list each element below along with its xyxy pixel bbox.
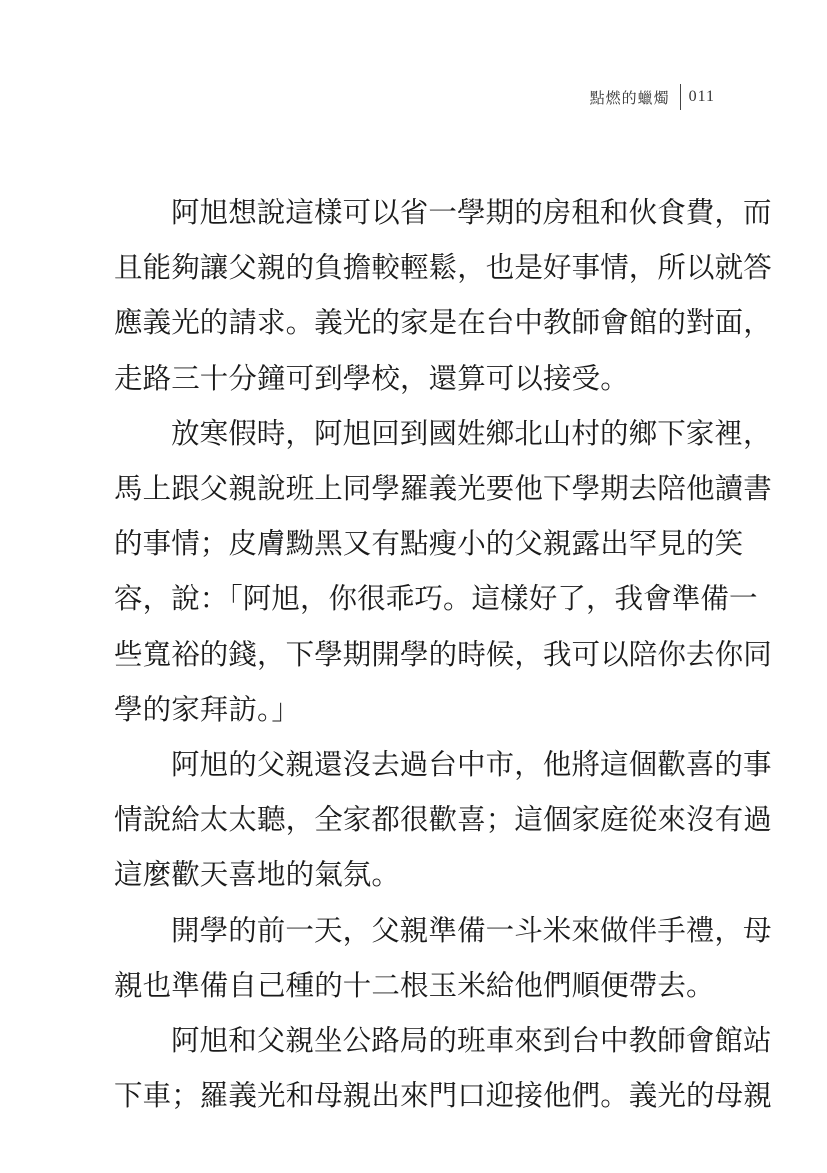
text-line: 開學的前一天，父親準備一斗米來做伴手禮，母 bbox=[114, 903, 718, 958]
text-line: 阿旭想說這樣可以省一學期的房租和伙食費，而 bbox=[114, 185, 718, 240]
text-line: 走路三十分鐘可到學校，還算可以接受。 bbox=[114, 351, 718, 406]
paragraph: 開學的前一天，父親準備一斗米來做伴手禮，母 親也準備自己種的十二根玉米給他們順便… bbox=[114, 903, 718, 1013]
text-line: 應義光的請求。義光的家是在台中教師會館的對面， bbox=[114, 295, 718, 350]
page-number: 011 bbox=[689, 88, 715, 106]
header-divider bbox=[680, 84, 681, 110]
text-line: 親也準備自己種的十二根玉米給他們順便帶去。 bbox=[114, 958, 718, 1013]
text-line: 阿旭的父親還沒去過台中市，他將這個歡喜的事 bbox=[114, 737, 718, 792]
running-header: 點燃的蠟燭 011 bbox=[590, 84, 715, 110]
text-line: 放寒假時，阿旭回到國姓鄉北山村的鄉下家裡， bbox=[114, 406, 718, 461]
text-line: 阿旭和父親坐公路局的班車來到台中教師會館站 bbox=[114, 1013, 718, 1068]
text-line: 這麼歡天喜地的氣氛。 bbox=[114, 847, 718, 902]
text-line: 且能夠讓父親的負擔較輕鬆，也是好事情，所以就答 bbox=[114, 240, 718, 295]
book-title: 點燃的蠟燭 bbox=[590, 87, 670, 108]
paragraph: 阿旭想說這樣可以省一學期的房租和伙食費，而 且能夠讓父親的負擔較輕鬆，也是好事情… bbox=[114, 185, 718, 406]
text-line: 情說給太太聽，全家都很歡喜；這個家庭從來沒有過 bbox=[114, 792, 718, 847]
text-line: 的事情；皮膚黝黑又有點瘦小的父親露出罕見的笑 bbox=[114, 516, 718, 571]
paragraph: 阿旭和父親坐公路局的班車來到台中教師會館站 下車；羅義光和母親出來門口迎接他們。… bbox=[114, 1013, 718, 1123]
paragraph: 放寒假時，阿旭回到國姓鄉北山村的鄉下家裡， 馬上跟父親說班上同學羅義光要他下學期… bbox=[114, 406, 718, 737]
paragraph: 阿旭的父親還沒去過台中市，他將這個歡喜的事 情說給太太聽，全家都很歡喜；這個家庭… bbox=[114, 737, 718, 903]
text-line: 下車；羅義光和母親出來門口迎接他們。義光的母親 bbox=[114, 1068, 718, 1123]
text-line: 些寬裕的錢，下學期開學的時候，我可以陪你去你同 bbox=[114, 627, 718, 682]
text-line: 學的家拜訪。」 bbox=[114, 682, 718, 737]
text-line: 容，說：「阿旭，你很乖巧。這樣好了，我會準備一 bbox=[114, 571, 718, 626]
text-line: 馬上跟父親說班上同學羅義光要他下學期去陪他讀書 bbox=[114, 461, 718, 516]
body-text: 阿旭想說這樣可以省一學期的房租和伙食費，而 且能夠讓父親的負擔較輕鬆，也是好事情… bbox=[114, 185, 718, 1123]
